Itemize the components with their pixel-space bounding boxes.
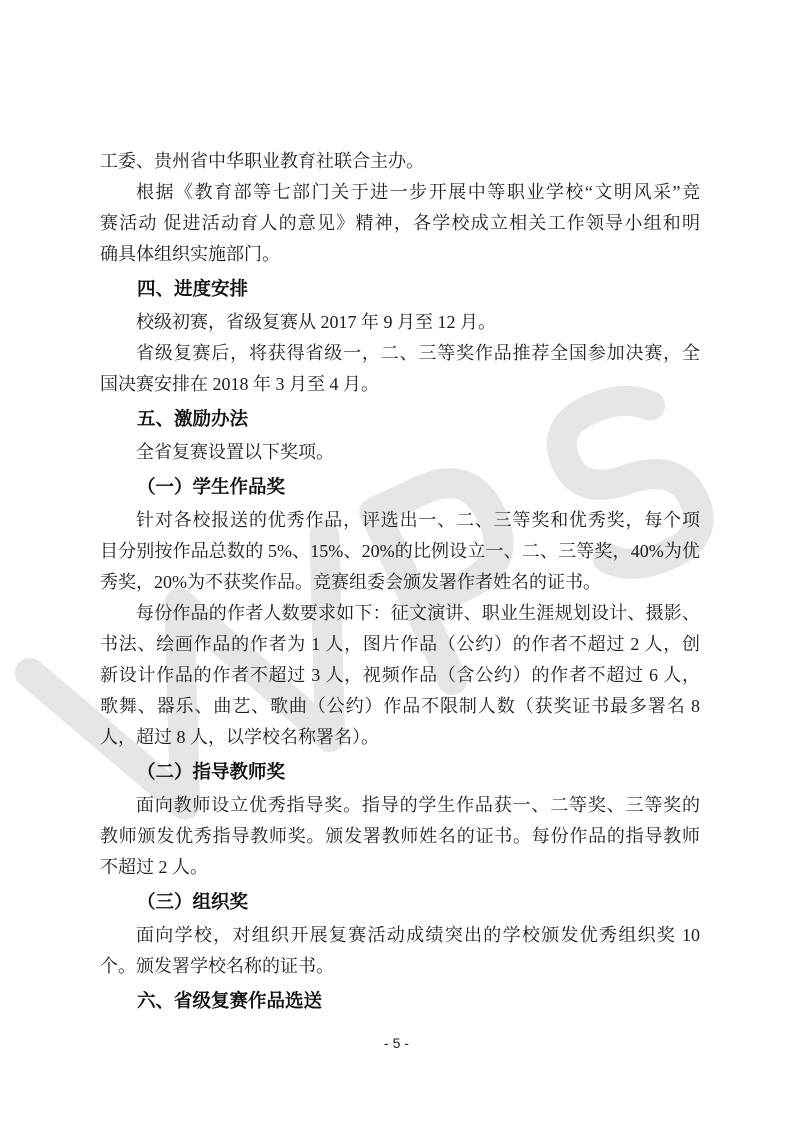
paragraph: 根据《教育部等七部门关于进一步开展中等职业学校“文明风采”竞赛活动 促进活动育人… <box>100 177 700 270</box>
text-line: 根据《教育部等七部门关于进一步开展中等职业学校“文明风采”竞 <box>100 177 700 208</box>
paragraph: 校级初赛，省级复赛从 2017 年 9 月至 12 月。 <box>100 307 700 338</box>
text-line: 歌舞、器乐、曲艺、歌曲（公约）作品不限制人数（获奖证书最多署名 8 <box>100 691 700 722</box>
text-line: 省级复赛后，将获得省级一，二、三等奖作品推荐全国参加决赛，全 <box>100 338 700 369</box>
section-heading: 四、进度安排 <box>100 273 700 304</box>
paragraph: 工委、贵州省中华职业教育社联合主办。 <box>100 146 700 177</box>
text-line: 赛活动 促进活动育人的意见》精神，各学校成立相关工作领导小组和明 <box>100 208 700 239</box>
paragraph: 全省复赛设置以下奖项。 <box>100 437 700 468</box>
paragraph: 面向教师设立优秀指导奖。指导的学生作品获一、二等奖、三等奖的教师颁发优秀指导教师… <box>100 790 700 883</box>
text-line: 秀奖，20%为不获奖作品。竞赛组委会颁发署作者姓名的证书。 <box>100 567 700 598</box>
section-heading: （三）组织奖 <box>100 886 700 917</box>
section-heading: 五、激励办法 <box>100 403 700 434</box>
text-line: 工委、贵州省中华职业教育社联合主办。 <box>100 146 700 177</box>
text-line: 新设计作品的作者不超过 3 人，视频作品（含公约）的作者不超过 6 人， <box>100 660 700 691</box>
text-line: 针对各校报送的优秀作品，评选出一、二、三等奖和优秀奖，每个项 <box>100 505 700 536</box>
section-heading: （一）学生作品奖 <box>100 471 700 502</box>
paragraph: 省级复赛后，将获得省级一，二、三等奖作品推荐全国参加决赛，全国决赛安排在 201… <box>100 338 700 400</box>
text-line: 国决赛安排在 2018 年 3 月至 4 月。 <box>100 369 700 400</box>
page-number: - 5 - <box>0 1035 793 1051</box>
text-line: 面向学校，对组织开展复赛活动成绩突出的学校颁发优秀组织奖 10 <box>100 920 700 951</box>
document-body: 工委、贵州省中华职业教育社联合主办。根据《教育部等七部门关于进一步开展中等职业学… <box>100 146 700 1019</box>
text-line: 每份作品的作者人数要求如下：征文演讲、职业生涯规划设计、摄影、 <box>100 598 700 629</box>
text-line: 教师颁发优秀指导教师奖。颁发署教师姓名的证书。每份作品的指导教师 <box>100 821 700 852</box>
paragraph: 每份作品的作者人数要求如下：征文演讲、职业生涯规划设计、摄影、书法、绘画作品的作… <box>100 598 700 753</box>
text-line: 不超过 2 人。 <box>100 852 700 883</box>
text-line: 个。颁发署学校名称的证书。 <box>100 951 700 982</box>
document-page: 工委、贵州省中华职业教育社联合主办。根据《教育部等七部门关于进一步开展中等职业学… <box>0 0 793 1122</box>
paragraph: 面向学校，对组织开展复赛活动成绩突出的学校颁发优秀组织奖 10个。颁发署学校名称… <box>100 920 700 982</box>
section-heading: 六、省级复赛作品选送 <box>100 985 700 1016</box>
text-line: 书法、绘画作品的作者为 1 人，图片作品（公约）的作者不超过 2 人，创 <box>100 629 700 660</box>
text-line: 人，超过 8 人，以学校名称署名）。 <box>100 722 700 753</box>
text-line: 全省复赛设置以下奖项。 <box>100 437 700 468</box>
text-line: 目分别按作品总数的 5%、15%、20%的比例设立一、二、三等奖，40%为优 <box>100 536 700 567</box>
text-line: 面向教师设立优秀指导奖。指导的学生作品获一、二等奖、三等奖的 <box>100 790 700 821</box>
section-heading: （二）指导教师奖 <box>100 756 700 787</box>
text-line: 确具体组织实施部门。 <box>100 239 700 270</box>
paragraph: 针对各校报送的优秀作品，评选出一、二、三等奖和优秀奖，每个项目分别按作品总数的 … <box>100 505 700 598</box>
text-line: 校级初赛，省级复赛从 2017 年 9 月至 12 月。 <box>100 307 700 338</box>
